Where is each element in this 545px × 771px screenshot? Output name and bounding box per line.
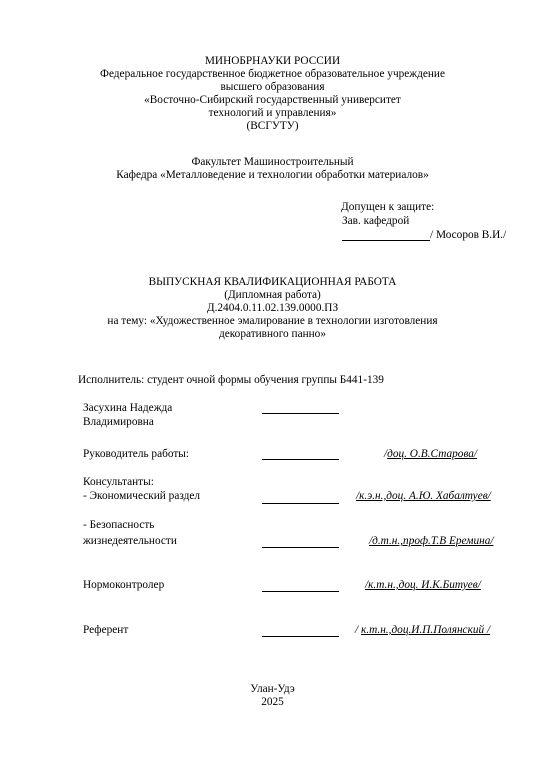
- executor-signature-line[interactable]: [262, 413, 339, 414]
- referent-name: / к.т.н.,доц.И.П.Полянский /: [355, 624, 490, 637]
- executor-line: Исполнитель: студент очной формы обучени…: [78, 374, 384, 387]
- normcontroller-signature-line[interactable]: [262, 591, 339, 592]
- economics-consultant-name: /к.э.н.,доц. А.Ю. Хабалтуев/: [356, 490, 491, 503]
- economics-role: - Экономический раздел: [83, 490, 200, 503]
- admitted-label: Допущен к защите:: [341, 201, 434, 214]
- safety-role: жизнедеятельности: [83, 535, 177, 548]
- head-title: Зав. кафедрой: [342, 215, 409, 228]
- year: 2025: [0, 696, 545, 709]
- work-type: ВЫПУСКНАЯ КВАЛИФИКАЦИОННАЯ РАБОТА: [0, 276, 545, 289]
- topic-line-2: декоративного панно»: [0, 328, 545, 341]
- safety-consultant-name: /д.т.н.,проф.Т.В Еремина/: [369, 535, 494, 548]
- head-signature-line[interactable]: [342, 240, 430, 241]
- supervisor-name: /доц. О.В.Старова/: [384, 448, 477, 461]
- consultants-header: Консультанты:: [83, 476, 154, 489]
- executor-name-1: Засухина Надежда: [83, 402, 172, 415]
- document-code: Д.2404.0.11.02.139.0000.ПЗ: [0, 302, 545, 315]
- department-name: Кафедра «Металловедение и технологии обр…: [0, 169, 545, 182]
- university-line-1: «Восточно-Сибирский государственный унив…: [0, 94, 545, 107]
- economics-signature-line[interactable]: [262, 503, 339, 504]
- university-abbreviation: (ВСГУТУ): [0, 120, 545, 133]
- supervisor-signature-line[interactable]: [262, 459, 339, 460]
- university-line-2: технологий и управления»: [0, 107, 545, 120]
- ministry: МИНОБРНАУКИ РОССИИ: [0, 55, 545, 68]
- title-block: ВЫПУСКНАЯ КВАЛИФИКАЦИОННАЯ РАБОТА (Дипло…: [0, 276, 545, 341]
- institution-line-1: Федеральное государственное бюджетное об…: [0, 68, 545, 81]
- work-subtype: (Дипломная работа): [0, 289, 545, 302]
- institution-line-2: высшего образования: [0, 81, 545, 94]
- normcontroller-name: /к.т.н.,доц. И.К.Битуев/: [365, 579, 481, 592]
- safety-role-line-1: - Безопасность: [83, 519, 154, 532]
- faculty-block: Факультет Машиностроительный Кафедра «Ме…: [0, 156, 545, 182]
- safety-signature-line[interactable]: [262, 547, 339, 548]
- footer-block: Улан-Удэ 2025: [0, 683, 545, 709]
- topic-line-1: на тему: «Художественное эмалирование в …: [0, 315, 545, 328]
- head-name: / Мосоров В.И./: [430, 229, 506, 242]
- referent-role: Референт: [83, 624, 128, 637]
- faculty-name: Факультет Машиностроительный: [0, 156, 545, 169]
- referent-signature-line[interactable]: [262, 636, 339, 637]
- executor-name-2: Владимировна: [83, 416, 154, 429]
- city: Улан-Удэ: [0, 683, 545, 696]
- normcontroller-role: Нормоконтролер: [83, 579, 164, 592]
- header-block: МИНОБРНАУКИ РОССИИ Федеральное государст…: [0, 55, 545, 133]
- supervisor-role: Руководитель работы:: [83, 448, 189, 461]
